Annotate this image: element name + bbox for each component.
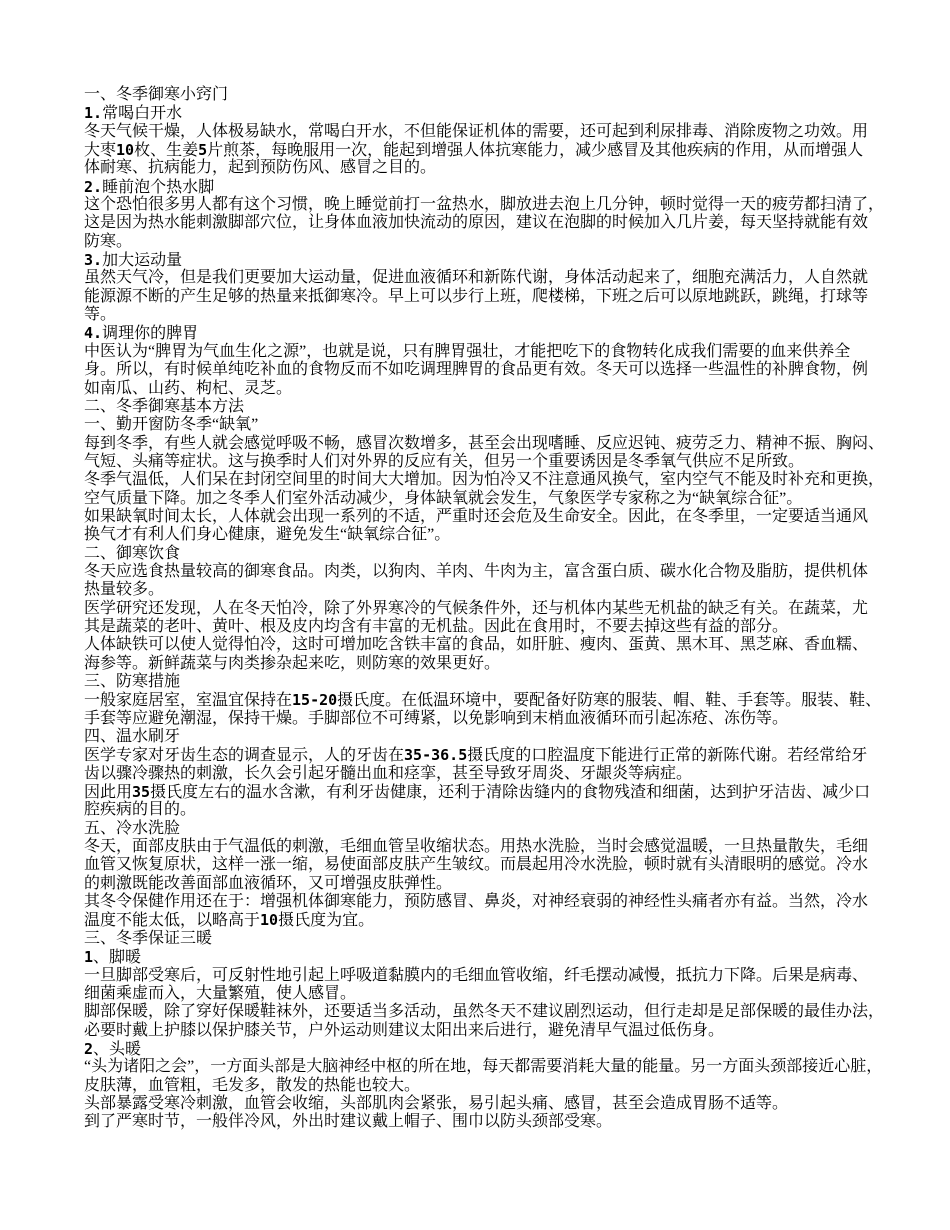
text-line: 四、温水刷牙 xyxy=(84,728,916,746)
text-line: 身。所以，有时候单纯吃补血的食物反而不如吃调理脾胃的食品更有效。冬天可以选择一些… xyxy=(84,361,916,379)
text-line: 1.常喝白开水 xyxy=(84,104,916,122)
text-line: 2、头暖 xyxy=(84,1040,916,1058)
text-line: 一、冬季御寒小窍门 xyxy=(84,86,916,104)
text-line: 虽然天气冷，但是我们更要加大运动量，促进血液循环和新陈代谢，身体活动起来了，细胞… xyxy=(84,269,916,287)
text-line: 二、御寒饮食 xyxy=(84,545,916,563)
text-line: 大枣10枚、生姜5片煎茶，每晚服用一次，能起到增强人体抗寒能力，减少感冒及其他疾… xyxy=(84,141,916,159)
text-line: 人体缺铁可以使人觉得怕冷，这时可增加吃含铁丰富的食品，如肝脏、瘦肉、蛋黄、黑木耳… xyxy=(84,636,916,654)
text-line: 一、勤开窗防冬季“缺氧” xyxy=(84,416,916,434)
text-line: 如果缺氧时间太长，人体就会出现一系列的不适，严重时还会危及生命安全。因此，在冬季… xyxy=(84,508,916,526)
text-line: 能源源不断的产生足够的热量来抵御寒冷。早上可以步行上班，爬楼梯，下班之后可以原地… xyxy=(84,288,916,306)
text-line: 1、脚暖 xyxy=(84,948,916,966)
numeric-text: 35-36.5 xyxy=(404,746,467,764)
text-line: 换气才有利人们身心健康，避免发生“缺氧综合征”。 xyxy=(84,526,916,544)
text-line: 温度不能太低，以略高于10摄氏度为宜。 xyxy=(84,911,916,929)
text-line: 一旦脚部受寒后，可反射性地引起上呼吸道黏膜内的毛细血管收缩，纤毛摆动减慢，抵抗力… xyxy=(84,967,916,985)
text-line: 4.调理你的脾胃 xyxy=(84,324,916,342)
text-line: 3.加大运动量 xyxy=(84,251,916,269)
text-line: 头部暴露受寒冷刺激，血管会收缩，头部肌肉会紧张，易引起头痛、感冒，甚至会造成胃肠… xyxy=(84,1095,916,1113)
numeric-text: 10 xyxy=(116,141,134,159)
text-line: 防寒。 xyxy=(84,233,916,251)
text-line: 到了严寒时节，一般伴冷风，外出时建议戴上帽子、围巾以防头颈部受寒。 xyxy=(84,1113,916,1131)
numeric-text: 10 xyxy=(260,911,278,929)
text-line: 一般家庭居室，室温宜保持在15-20摄氏度。在低温环境中，要配备好防寒的服装、帽… xyxy=(84,691,916,709)
text-line: 如南瓜、山药、枸杞、灵芝。 xyxy=(84,380,916,398)
text-line: 必要时戴上护膝以保护膝关节，户外运动则建议太阳出来后进行，避免清早气温过低伤身。 xyxy=(84,1022,916,1040)
text-line: 五、冷水洗脸 xyxy=(84,820,916,838)
text-line: 齿以骤冷骤热的刺激，长久会引起牙髓出血和痉挛，甚至导致牙周炎、牙龈炎等病症。 xyxy=(84,765,916,783)
text-line: 冬天应选食热量较高的御寒食品。肉类，以狗肉、羊肉、牛肉为主，富含蛋白质、碳水化合… xyxy=(84,563,916,581)
text-line: 这个恐怕很多男人都有这个习惯，晚上睡觉前打一盆热水，脚放进去泡上几分钟，顿时觉得… xyxy=(84,196,916,214)
text-line: 细菌乘虚而入，大量繁殖，使人感冒。 xyxy=(84,985,916,1003)
numeric-text: 15-20 xyxy=(292,691,337,709)
text-line: 这是因为热水能刺激脚部穴位，让身体血液加快流动的原因，建议在泡脚的时候加入几片姜… xyxy=(84,214,916,232)
text-line: 医学研究还发现，人在冬天怕冷，除了外界寒冷的气候条件外，还与机体内某些无机盐的缺… xyxy=(84,600,916,618)
text-line: 热量较多。 xyxy=(84,581,916,599)
text-line: 气短、头痛等症状。这与换季时人们对外界的反应有关，但另一个重要诱因是冬季氧气供应… xyxy=(84,453,916,471)
numeric-text: 35 xyxy=(132,783,150,801)
text-line: 医学专家对牙齿生态的调查显示，人的牙齿在35-36.5摄氏度的口腔温度下能进行正… xyxy=(84,746,916,764)
text-line: 因此用35摄氏度左右的温水含漱，有利牙齿健康，还利于清除齿缝内的食物残渣和细菌，… xyxy=(84,783,916,801)
text-line: 的刺激既能改善面部血液循环，又可增强皮肤弹性。 xyxy=(84,875,916,893)
text-line: 手套等应避免潮湿，保持干燥。手脚部位不可缚紧，以免影响到末梢血液循环而引起冻疮、… xyxy=(84,710,916,728)
text-line: 2.睡前泡个热水脚 xyxy=(84,178,916,196)
document-body: 一、冬季御寒小窍门1.常喝白开水冬天气候干燥，人体极易缺水，常喝白开水，不但能保… xyxy=(84,86,916,1132)
text-line: 体耐寒、抗病能力，起到预防伤风、感冒之目的。 xyxy=(84,159,916,177)
text-line: 等。 xyxy=(84,306,916,324)
numeric-text: 2 xyxy=(84,1040,93,1058)
text-line: 血管又恢复原状，这样一涨一缩，易使面部皮肤产生皱纹。而晨起用冷水洗脸，顿时就有头… xyxy=(84,856,916,874)
text-line: 空气质量下降。加之冬季人们室外活动减少，身体缺氧就会发生，气象医学专家称之为“缺… xyxy=(84,490,916,508)
text-line: 冬天气候干燥，人体极易缺水，常喝白开水，不但能保证机体的需要，还可起到利尿排毒、… xyxy=(84,123,916,141)
text-line: 三、冬季保证三暖 xyxy=(84,930,916,948)
numeric-text: 1 xyxy=(84,948,93,966)
text-line: 海参等。新鲜蔬菜与肉类掺杂起来吃，则防寒的效果更好。 xyxy=(84,655,916,673)
text-line: “头为诸阳之会”，一方面头部是大脑神经中枢的所在地，每天都需要消耗大量的能量。另… xyxy=(84,1058,916,1076)
numeric-text: 3. xyxy=(84,251,102,269)
numeric-text: 1. xyxy=(84,104,102,122)
text-line: 腔疾病的目的。 xyxy=(84,801,916,819)
text-line: 中医认为“脾胃为气血生化之源”，也就是说，只有脾胃强壮，才能把吃下的食物转化成我… xyxy=(84,343,916,361)
numeric-text: 5 xyxy=(198,141,207,159)
text-line: 脚部保暖，除了穿好保暖鞋袜外，还要适当多活动，虽然冬天不建议剧烈运动，但行走却是… xyxy=(84,1003,916,1021)
text-line: 其是蔬菜的老叶、黄叶、根及皮内均含有丰富的无机盐。因此在食用时，不要去掉这些有益… xyxy=(84,618,916,636)
text-line: 冬季气温低，人们呆在封闭空间里的时间大大增加。因为怕冷又不注意通风换气，室内空气… xyxy=(84,471,916,489)
text-line: 皮肤薄，血管粗，毛发多，散发的热能也较大。 xyxy=(84,1077,916,1095)
text-line: 其冬令保健作用还在于：增强机体御寒能力，预防感冒、鼻炎，对神经衰弱的神经性头痛者… xyxy=(84,893,916,911)
text-line: 每到冬季，有些人就会感觉呼吸不畅，感冒次数增多，甚至会出现嗜睡、反应迟钝、疲劳乏… xyxy=(84,435,916,453)
text-line: 二、冬季御寒基本方法 xyxy=(84,398,916,416)
numeric-text: 2. xyxy=(84,178,102,196)
numeric-text: 4. xyxy=(84,324,102,342)
text-line: 三、防寒措施 xyxy=(84,673,916,691)
text-line: 冬天，面部皮肤由于气温低的刺激，毛细血管呈收缩状态。用热水洗脸，当时会感觉温暖，… xyxy=(84,838,916,856)
